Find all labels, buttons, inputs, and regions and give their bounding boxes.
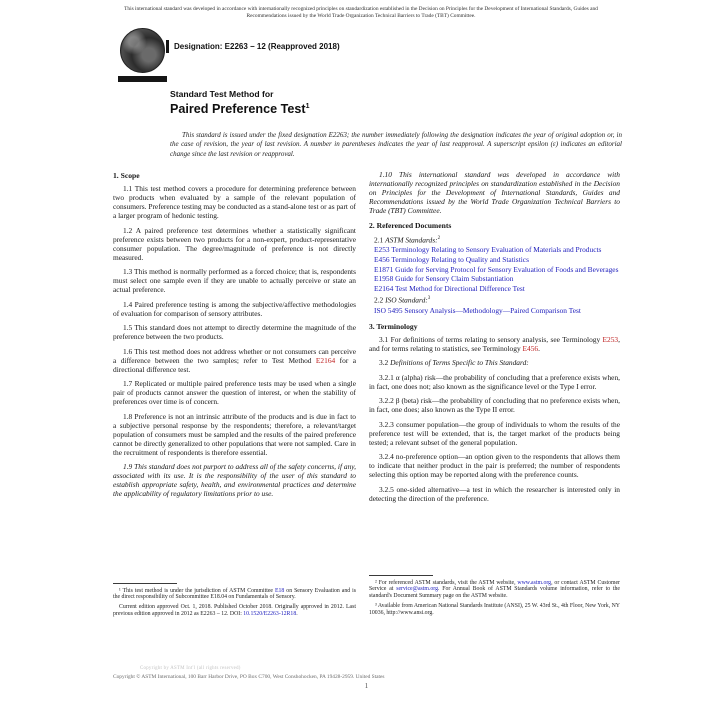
terminology-heading: 3. Terminology (369, 322, 620, 331)
scope-paragraph-1-1: 1.1 This test method covers a procedure … (113, 184, 356, 220)
reference-title: Guide for Sensory Claim Substantiation (393, 274, 513, 283)
terminology-paragraph-3-2: 3.2 Definitions of Terms Specific to Thi… (369, 358, 620, 367)
astm-globe-icon (120, 28, 165, 73)
terminology-3-1-text: 3.1 For definitions of terms relating to… (379, 335, 603, 344)
astm-standards-number: 2.1 (374, 235, 385, 244)
link-e253-inline[interactable]: E253 (603, 335, 619, 344)
footnote-2-text: ² For referenced ASTM standards, visit t… (375, 580, 517, 586)
reference-item: ISO 5495 Sensory Analysis—Methodology—Pa… (369, 307, 620, 316)
scope-paragraph-1-8: 1.8 Preference is not an intrinsic attri… (113, 412, 356, 457)
footnote-2: ² For referenced ASTM standards, visit t… (369, 580, 620, 601)
scope-heading: 1. Scope (113, 171, 356, 180)
link-e1958[interactable]: E1958 (374, 274, 393, 283)
terminology-3-2-number: 3.2 (379, 358, 390, 367)
terminology-definition-consumer-population: 3.2.3 consumer population—the group of i… (369, 420, 620, 447)
scope-paragraph-1-10-tbt: 1.10 This international standard was dev… (369, 170, 620, 215)
right-column: 1.10 This international standard was dev… (369, 170, 620, 508)
link-doi[interactable]: 10.1520/E2263-12R18 (243, 611, 296, 617)
reference-title: Guide for Serving Protocol for Sensory E… (393, 265, 618, 274)
iso-standard-footnote-marker[interactable]: 3 (428, 296, 431, 301)
title-kicker: Standard Test Method for (170, 89, 309, 100)
referenced-documents-heading: 2. Referenced Documents (369, 221, 620, 230)
terminology-definition-alpha-risk: 3.2.1 α (alpha) risk—the probability of … (369, 373, 620, 391)
scope-paragraph-1-6: 1.6 This test method does not address wh… (113, 347, 356, 374)
scope-paragraph-1-2: 1.2 A paired preference test determines … (113, 226, 356, 262)
scope-paragraph-1-3: 1.3 This method is normally performed as… (113, 267, 356, 294)
link-iso-5495[interactable]: ISO 5495 (374, 306, 403, 315)
footnote-edition-text: Current edition approved Oct. 1, 2018. P… (113, 604, 356, 617)
footnote-edition-end: . (296, 611, 297, 617)
iso-standard-title: ISO Standard: (385, 296, 428, 305)
iso-standard-number: 2.2 (374, 296, 385, 305)
reference-item: E1958 Guide for Sensory Claim Substantia… (369, 275, 620, 284)
terminology-3-2-title: Definitions of Terms Specific to This St… (390, 358, 529, 367)
terminology-3-1-end: . (538, 344, 540, 353)
reference-title: Terminology Relating to Quality and Stat… (390, 255, 529, 264)
link-e456-inline[interactable]: E456 (523, 344, 539, 353)
reference-title: Sensory Analysis—Methodology—Paired Comp… (403, 306, 581, 315)
link-astm-service-email[interactable]: service@astm.org (396, 586, 438, 592)
license-stamp-line: Copyright by ASTM Int'l (all rights rese… (140, 666, 540, 671)
right-footnotes: ² For referenced ASTM standards, visit t… (369, 575, 620, 620)
terminology-paragraph-3-1: 3.1 For definitions of terms relating to… (369, 335, 620, 353)
designation-text: Designation: E2263 − 12 (Reapproved 2018… (174, 42, 340, 51)
designation-line: Designation: E2263 − 12 (Reapproved 2018… (166, 40, 340, 53)
footnote-3: ³ Available from American National Stand… (369, 603, 620, 617)
footnote-edition: Current edition approved Oct. 1, 2018. P… (113, 604, 356, 618)
link-e2164[interactable]: E2164 (316, 356, 335, 365)
reference-item: E253 Terminology Relating to Sensory Eva… (369, 246, 620, 255)
left-column: 1. Scope 1.1 This test method covers a p… (113, 170, 356, 504)
astm-standards-title: ASTM Standards: (385, 235, 438, 244)
footnote-1-text: ¹ This test method is under the jurisdic… (119, 588, 275, 594)
scope-paragraph-1-4: 1.4 Paired preference testing is among t… (113, 300, 356, 318)
astm-logo (116, 28, 168, 82)
title-block: Standard Test Method for Paired Preferen… (170, 89, 309, 116)
link-committee-e18[interactable]: E18 (275, 588, 284, 594)
copyright-line: Copyright © ASTM International, 100 Barr… (113, 674, 385, 680)
reference-item: E1871 Guide for Serving Protocol for Sen… (369, 266, 620, 275)
standard-preamble: This standard is issued under the fixed … (170, 131, 622, 159)
title-footnote-marker[interactable]: 1 (306, 103, 310, 110)
astm-standards-label: 2.1 ASTM Standards:2 (369, 234, 620, 244)
iso-standard-label: 2.2 ISO Standard:3 (369, 294, 620, 304)
page-title: Paired Preference Test1 (170, 100, 309, 116)
scope-paragraph-1-7: 1.7 Replicated or multiple paired prefer… (113, 379, 356, 406)
document-page: This international standard was develope… (0, 0, 722, 722)
reference-title: Terminology Relating to Sensory Evaluati… (390, 245, 602, 254)
link-e1871[interactable]: E1871 (374, 265, 393, 274)
astm-standards-footnote-marker[interactable]: 2 (438, 236, 441, 241)
link-astm-website[interactable]: www.astm.org (517, 580, 551, 586)
scope-paragraph-1-5: 1.5 This standard does not attempt to di… (113, 323, 356, 341)
reference-item: E2164 Test Method for Directional Differ… (369, 285, 620, 294)
change-marker-bar (166, 40, 169, 53)
footnote-1: ¹ This test method is under the jurisdic… (113, 588, 356, 602)
scope-paragraph-1-9-safety-caveat: 1.9 This standard does not purport to ad… (113, 462, 356, 498)
left-footnotes: ¹ This test method is under the jurisdic… (113, 583, 356, 621)
title-text: Paired Preference Test (170, 102, 306, 116)
link-e2164-list[interactable]: E2164 (374, 284, 393, 293)
reference-item: E456 Terminology Relating to Quality and… (369, 256, 620, 265)
page-number: 1 (113, 683, 620, 690)
tbt-notice: This international standard was develope… (104, 6, 618, 19)
astm-logo-banner (118, 76, 167, 82)
link-e253[interactable]: E253 (374, 245, 390, 254)
link-e456[interactable]: E456 (374, 255, 390, 264)
terminology-definition-beta-risk: 3.2.2 β (beta) risk—the probability of c… (369, 396, 620, 414)
terminology-definition-one-sided-alternative: 3.2.5 one-sided alternative—a test in wh… (369, 485, 620, 503)
terminology-definition-no-preference-option: 3.2.4 no-preference option—an option giv… (369, 452, 620, 479)
reference-title: Test Method for Directional Difference T… (393, 284, 525, 293)
